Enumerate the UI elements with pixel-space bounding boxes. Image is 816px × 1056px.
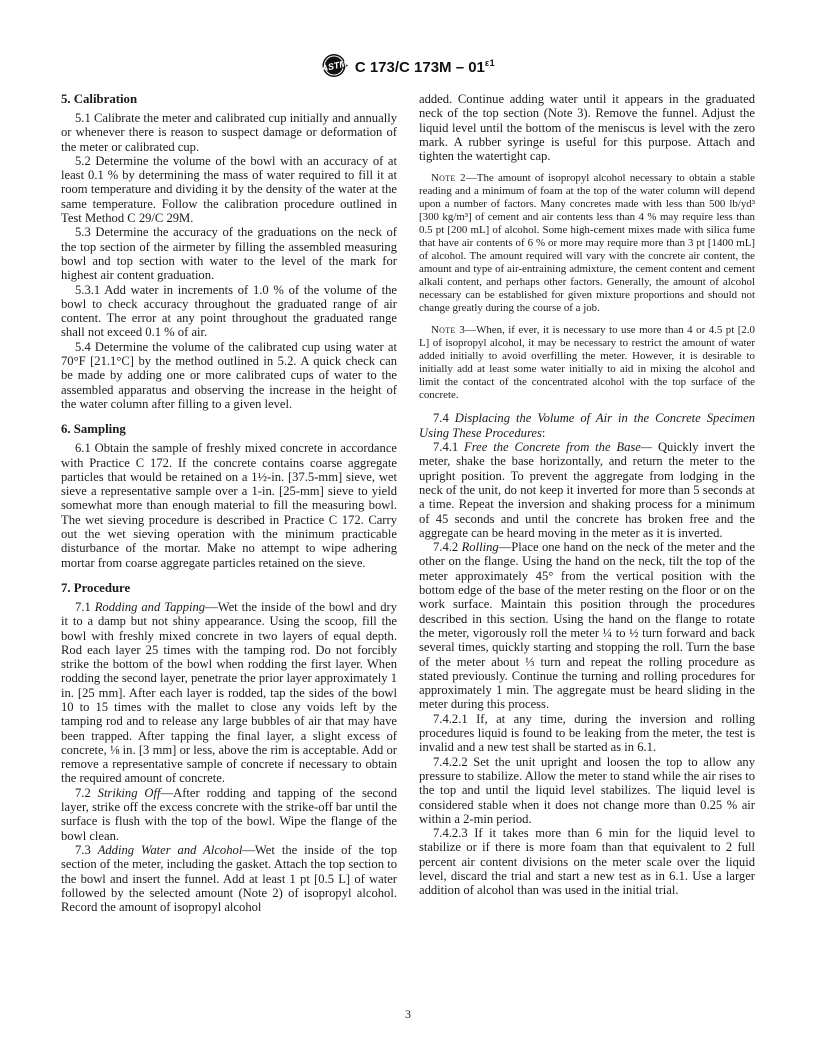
paragraph-number: 7.3 xyxy=(75,843,98,857)
paragraph-text: : xyxy=(542,426,546,440)
italic-term: Rolling xyxy=(462,540,499,554)
paragraph-number: 7.4.1 xyxy=(433,440,464,454)
paragraph-5-3-1: 5.3.1 Add water in increments of 1.0 % o… xyxy=(61,283,397,340)
paragraph-number: 7.4.2 xyxy=(433,540,462,554)
section-heading-calibration: 5. Calibration xyxy=(61,92,397,107)
paragraph-text: Quickly invert the meter, shake the base… xyxy=(419,440,755,540)
page-header: ASTM C 173/C 173M – 01ε1 xyxy=(0,0,816,83)
designation-superscript: ε1 xyxy=(485,58,495,68)
page-number: 3 xyxy=(0,1007,816,1022)
italic-term: Free the Concrete from the Base— xyxy=(464,440,652,454)
paragraph-7-4-2-3: 7.4.2.3 If it takes more than 6 min for … xyxy=(419,826,755,897)
paragraph-7-4-1: 7.4.1 Free the Concrete from the Base— Q… xyxy=(419,440,755,540)
paragraph-number: 7.1 xyxy=(75,600,95,614)
paragraph-7-1: 7.1 Rodding and Tapping—Wet the inside o… xyxy=(61,600,397,786)
paragraph-text: —Wet the inside of the bowl and dry it t… xyxy=(61,600,397,786)
paragraph-6-1: 6.1 Obtain the sample of freshly mixed c… xyxy=(61,441,397,570)
paragraph-text: —Place one hand on the neck of the meter… xyxy=(419,540,755,711)
note-label: Note 3 xyxy=(431,324,465,336)
note-2: Note 2—The amount of isopropyl alcohol n… xyxy=(419,172,755,315)
astm-logo-icon: ASTM xyxy=(321,52,348,83)
paragraph-7-4-2-1: 7.4.2.1 If, at any time, during the inve… xyxy=(419,712,755,755)
paragraph-7-2: 7.2 Striking Off—After rodding and tappi… xyxy=(61,786,397,843)
paragraph-5-2: 5.2 Determine the volume of the bowl wit… xyxy=(61,154,397,225)
italic-term: Striking Off xyxy=(98,786,161,800)
note-3: Note 3—When, if ever, it is necessary to… xyxy=(419,324,755,402)
right-column: added. Continue adding water until it ap… xyxy=(419,92,755,914)
italic-term: Rodding and Tapping xyxy=(95,600,205,614)
section-heading-procedure: 7. Procedure xyxy=(61,581,397,596)
paragraph-5-3: 5.3 Determine the accuracy of the gradua… xyxy=(61,225,397,282)
note-text: —When, if ever, it is necessary to use m… xyxy=(419,324,755,401)
paragraph-5-1: 5.1 Calibrate the meter and calibrated c… xyxy=(61,111,397,154)
paragraph-5-4: 5.4 Determine the volume of the calibrat… xyxy=(61,340,397,411)
note-label: Note 2 xyxy=(431,172,466,184)
paragraph-7-4-2: 7.4.2 Rolling—Place one hand on the neck… xyxy=(419,540,755,712)
note-text: —The amount of isopropyl alcohol necessa… xyxy=(419,172,755,314)
paragraph-number: 7.2 xyxy=(75,786,98,800)
paragraph-7-4: 7.4 Displacing the Volume of Air in the … xyxy=(419,411,755,440)
paragraph-7-3-continued: added. Continue adding water until it ap… xyxy=(419,92,755,163)
two-column-layout: 5. Calibration 5.1 Calibrate the meter a… xyxy=(61,92,755,914)
paragraph-7-3: 7.3 Adding Water and Alcohol—Wet the ins… xyxy=(61,843,397,914)
document-page: ASTM C 173/C 173M – 01ε1 5. Calibration … xyxy=(0,0,816,1056)
italic-term: Adding Water and Alcohol xyxy=(98,843,243,857)
left-column: 5. Calibration 5.1 Calibrate the meter a… xyxy=(61,92,397,914)
paragraph-7-4-2-2: 7.4.2.2 Set the unit upright and loosen … xyxy=(419,755,755,826)
standard-designation: C 173/C 173M – 01 xyxy=(355,59,485,76)
paragraph-number: 7.4 xyxy=(433,411,455,425)
section-heading-sampling: 6. Sampling xyxy=(61,422,397,437)
italic-term: Displacing the Volume of Air in the Conc… xyxy=(419,411,755,439)
